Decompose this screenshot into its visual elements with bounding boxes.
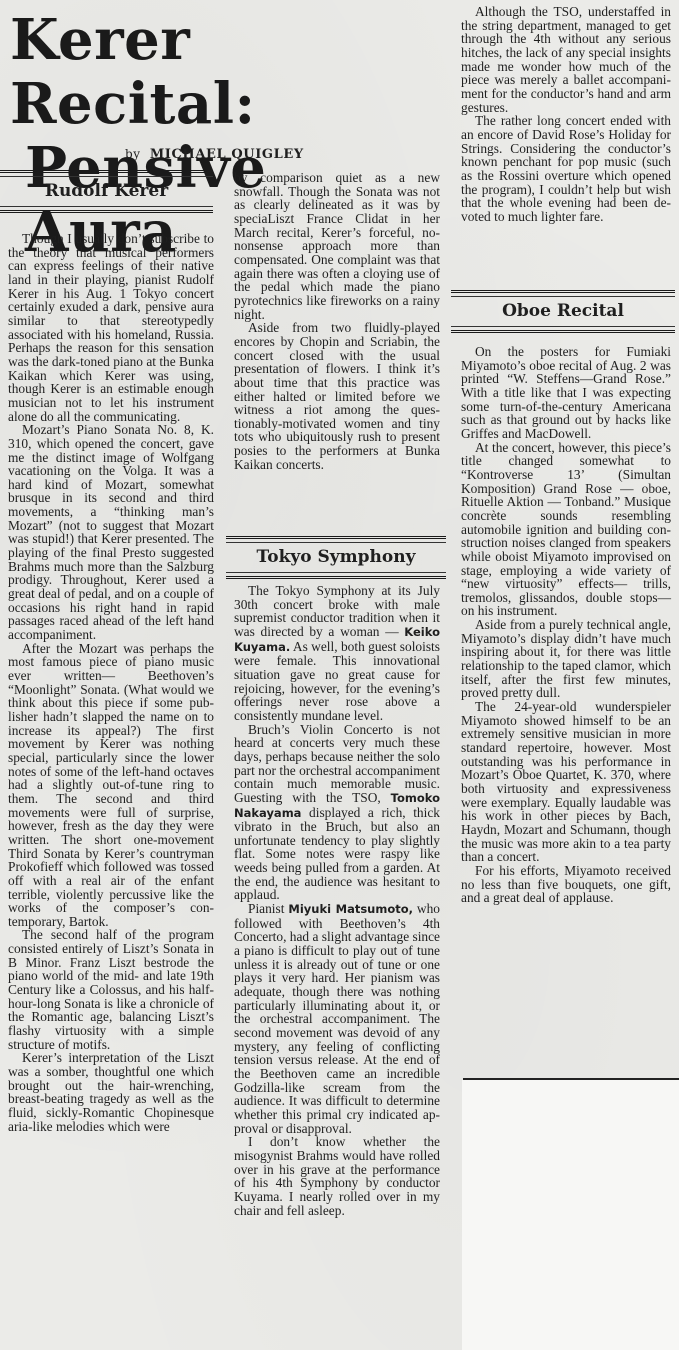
- byline-prefix: by: [125, 147, 141, 161]
- paragraph: Aside from a purely tech­nical angle, Mi…: [461, 618, 671, 700]
- paragraph: After the Mozart was per­haps the most f…: [8, 642, 214, 929]
- newspaper-clipping: Kerer Recital: Pensive Aura by MICHAEL Q…: [0, 0, 679, 1350]
- paragraph: Kerer’s interpretation of the Liszt was …: [8, 1051, 214, 1133]
- performer-name: Miyuki Matsumoto,: [288, 902, 413, 916]
- text-run: who followed with Beethoven’s 4th Concer…: [234, 901, 440, 1136]
- paragraph: At the concert, however, this piece’s ti…: [461, 441, 671, 619]
- column-middle-continuation: by comparison quiet as a new snowfall. T…: [234, 171, 440, 471]
- paragraph: Mozart’s Piano Sonata No. 8, K. 310, whi…: [8, 423, 214, 642]
- paragraph: Pianist Miyuki Matsumoto, who followed w…: [234, 902, 440, 1135]
- paragraph: On the posters for Fumiaki Miyamoto’s ob…: [461, 345, 671, 441]
- paragraph: by comparison quiet as a new snowfall. T…: [234, 171, 440, 321]
- section-heading-tokyo-symphony: Tokyo Symphony: [226, 536, 446, 579]
- paragraph: The rather long concert end­ed with an e…: [461, 114, 671, 223]
- column-right-oboe-recital: On the posters for Fumiaki Miyamoto’s ob…: [461, 345, 671, 905]
- column-right-continuation: Although the TSO, under­staffed in the s…: [461, 5, 671, 224]
- paragraph: The 24-year-old wunder­spieler Miyamoto …: [461, 700, 671, 864]
- paragraph: Although the TSO, under­staffed in the s…: [461, 5, 671, 114]
- section-heading-oboe-recital: Oboe Recital: [451, 290, 675, 333]
- text-run: Pianist: [248, 901, 288, 916]
- byline: by MICHAEL QUIGLEY: [125, 147, 304, 162]
- section-heading-rudolf-kerer: Rudolf Kerer: [0, 170, 213, 213]
- blank-paper-area: [462, 1080, 679, 1350]
- column-left: Though I usually don’t sub­scribe to the…: [8, 232, 214, 1133]
- text-run: displayed a rich, thick vibrato in the B…: [234, 805, 440, 903]
- paragraph: Though I usually don’t sub­scribe to the…: [8, 232, 214, 423]
- paragraph: For his efforts, Miyamoto received no le…: [461, 864, 671, 905]
- byline-author: MICHAEL QUIGLEY: [150, 147, 304, 162]
- paragraph: The second half of the pro­gram consiste…: [8, 928, 214, 1051]
- headline-line-1: Kerer Recital:: [10, 8, 440, 136]
- paragraph: The Tokyo Symphony at its July 30th conc…: [234, 584, 440, 723]
- paragraph: Aside from two fluidly-play­ed encores b…: [234, 321, 440, 471]
- column-middle-tokyo-symphony: The Tokyo Symphony at its July 30th conc…: [234, 584, 440, 1217]
- paragraph: Bruch’s Violin Concerto is not heard at …: [234, 723, 440, 903]
- paragraph: I don’t know whether the misogynist Brah…: [234, 1135, 440, 1217]
